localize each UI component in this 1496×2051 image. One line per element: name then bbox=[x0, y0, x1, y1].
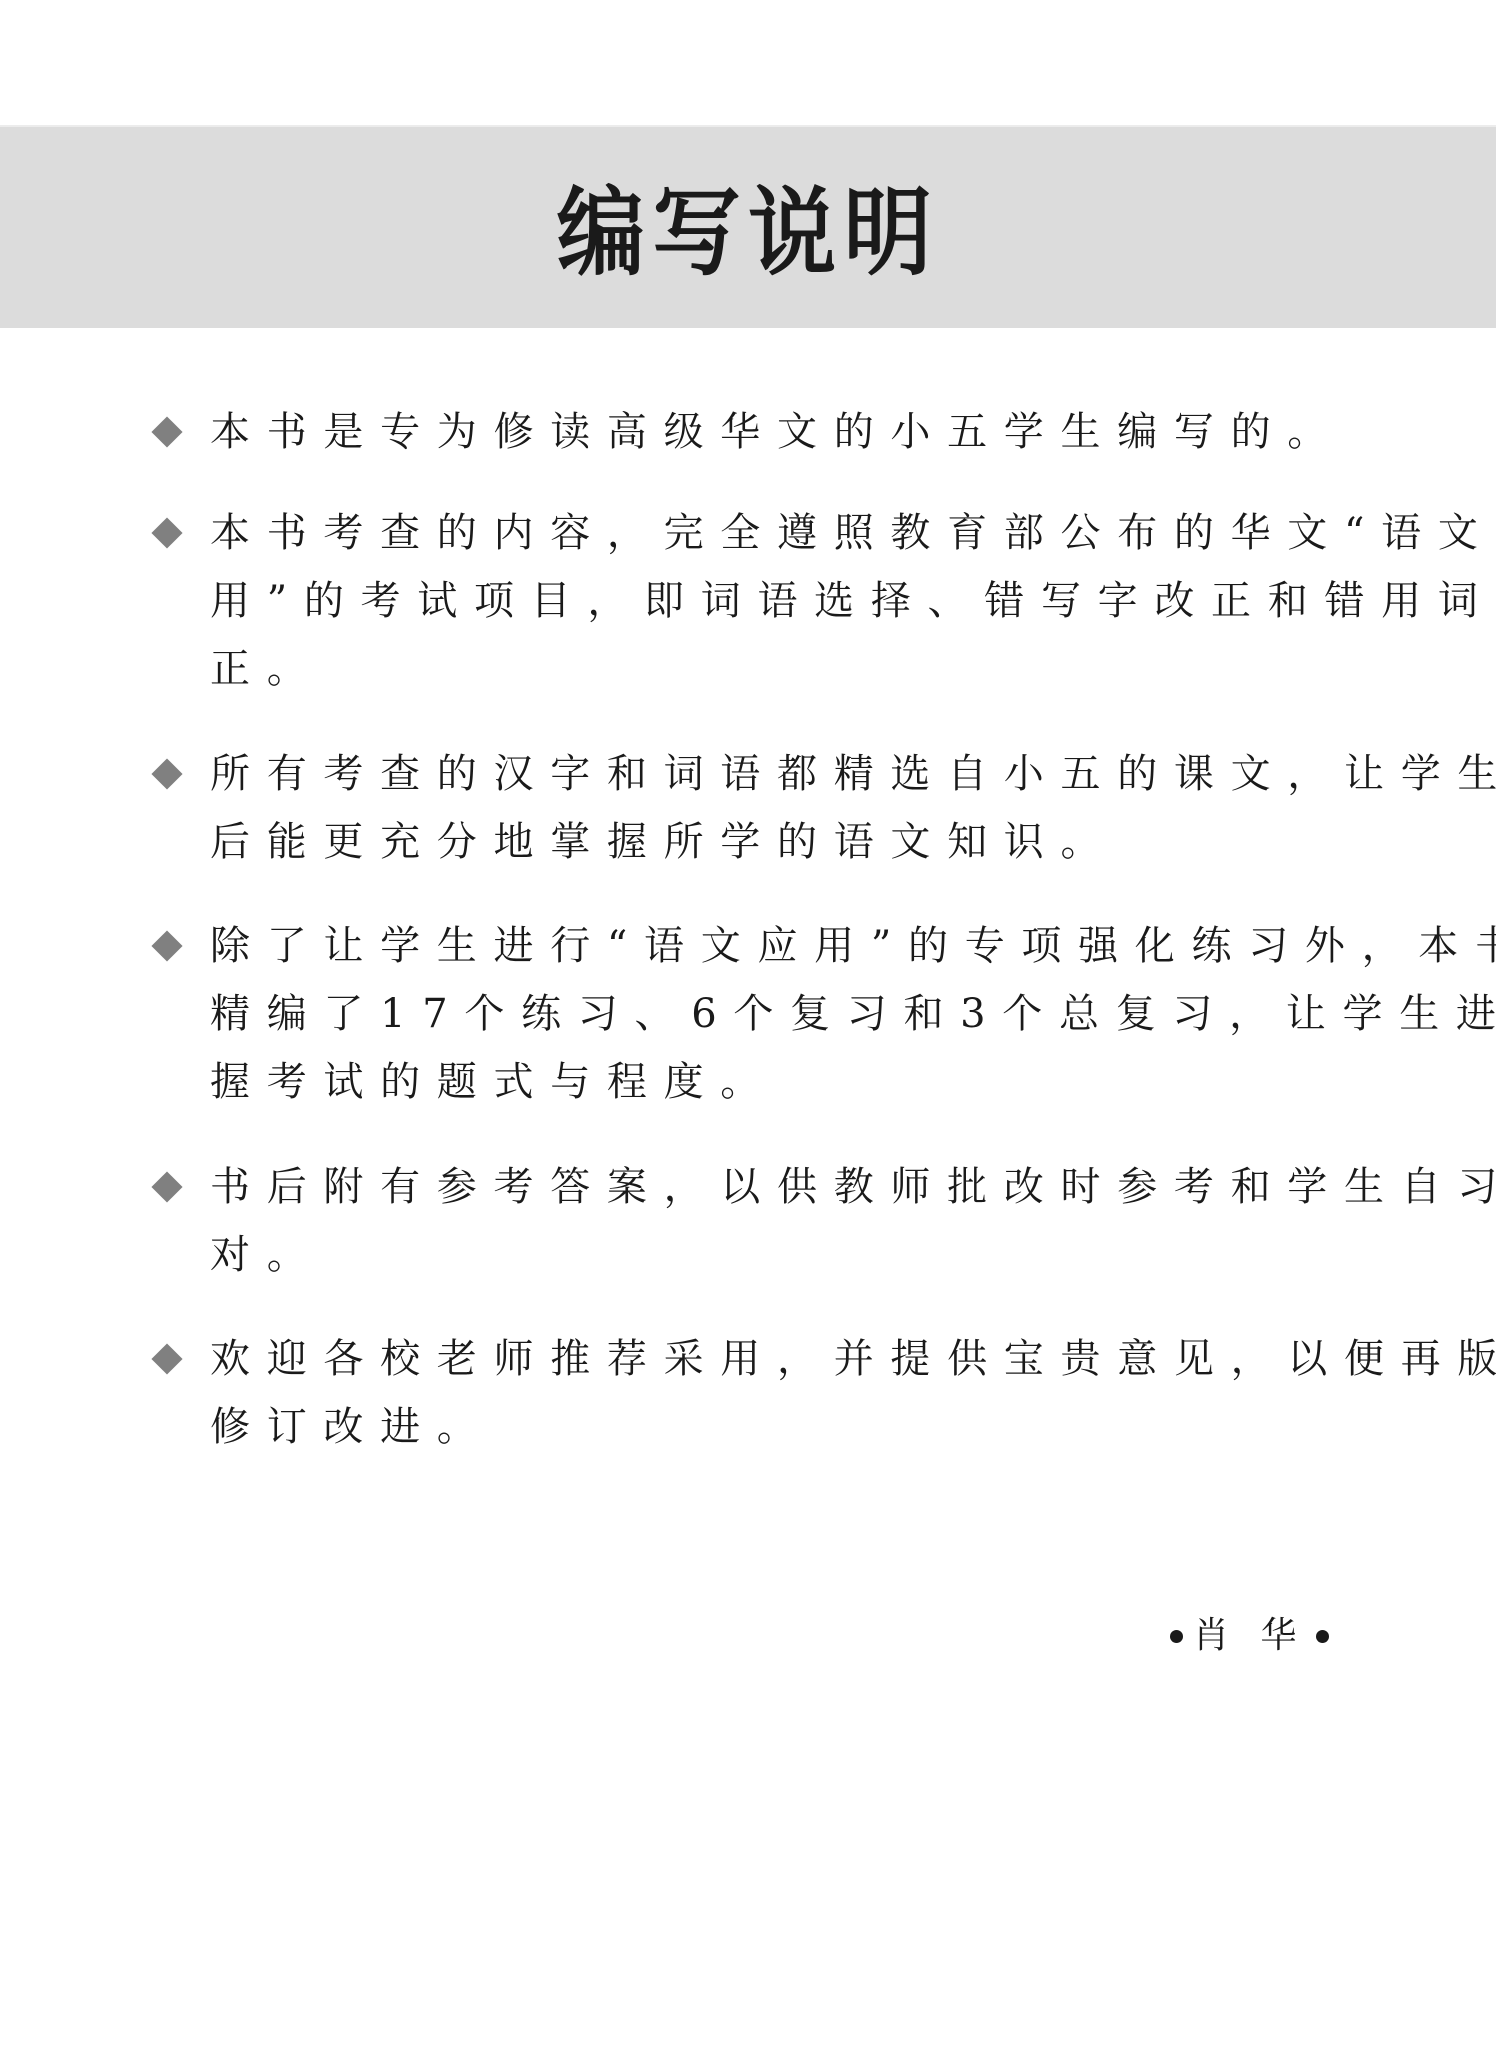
item-line: 正。 bbox=[210, 641, 1370, 709]
diamond-bullet-icon bbox=[151, 930, 182, 961]
diamond-bullet-icon bbox=[151, 758, 182, 789]
item-line: 除了让学生进行“语文应用”的专项强化练习外，本书还 bbox=[210, 918, 1370, 986]
diamond-bullet-icon bbox=[151, 517, 182, 548]
author-name: 肖 华 bbox=[1193, 1616, 1306, 1656]
diamond-bullet-icon bbox=[151, 1171, 182, 1202]
item-line: 后能更充分地掌握所学的语文知识。 bbox=[210, 814, 1370, 882]
bullet-dot-icon bbox=[1170, 1630, 1183, 1643]
item-line: 握考试的题式与程度。 bbox=[210, 1054, 1370, 1122]
diamond-bullet-icon bbox=[151, 416, 182, 447]
page-title: 编写说明 bbox=[60, 185, 1436, 281]
item-line: 本书考查的内容，完全遵照教育部公布的华文“语文应 bbox=[210, 505, 1370, 573]
item-line: 本书是专为修读高级华文的小五学生编写的。 bbox=[210, 404, 1370, 472]
item-line: 对。 bbox=[210, 1227, 1370, 1295]
item-line: 所有考查的汉字和词语都精选自小五的课文，让学生练习 bbox=[210, 746, 1370, 814]
item-line: 精编了17个练习、6个复习和3个总复习，让学生进一步掌 bbox=[210, 986, 1370, 1054]
item-line: 欢迎各校老师推荐采用，并提供宝贵意见，以便再版时能 bbox=[210, 1331, 1370, 1399]
bullet-dot-icon bbox=[1316, 1630, 1329, 1643]
diamond-bullet-icon bbox=[151, 1343, 182, 1374]
item-line: 书后附有参考答案，以供教师批改时参考和学生自习时查 bbox=[210, 1159, 1370, 1227]
item-line: 用”的考试项目，即词语选择、错写字改正和错用词改 bbox=[210, 573, 1370, 641]
title-band: 编写说明 bbox=[0, 125, 1496, 328]
item-line: 修订改进。 bbox=[210, 1399, 1370, 1467]
author-signature: 肖 华 bbox=[1170, 1616, 1329, 1656]
